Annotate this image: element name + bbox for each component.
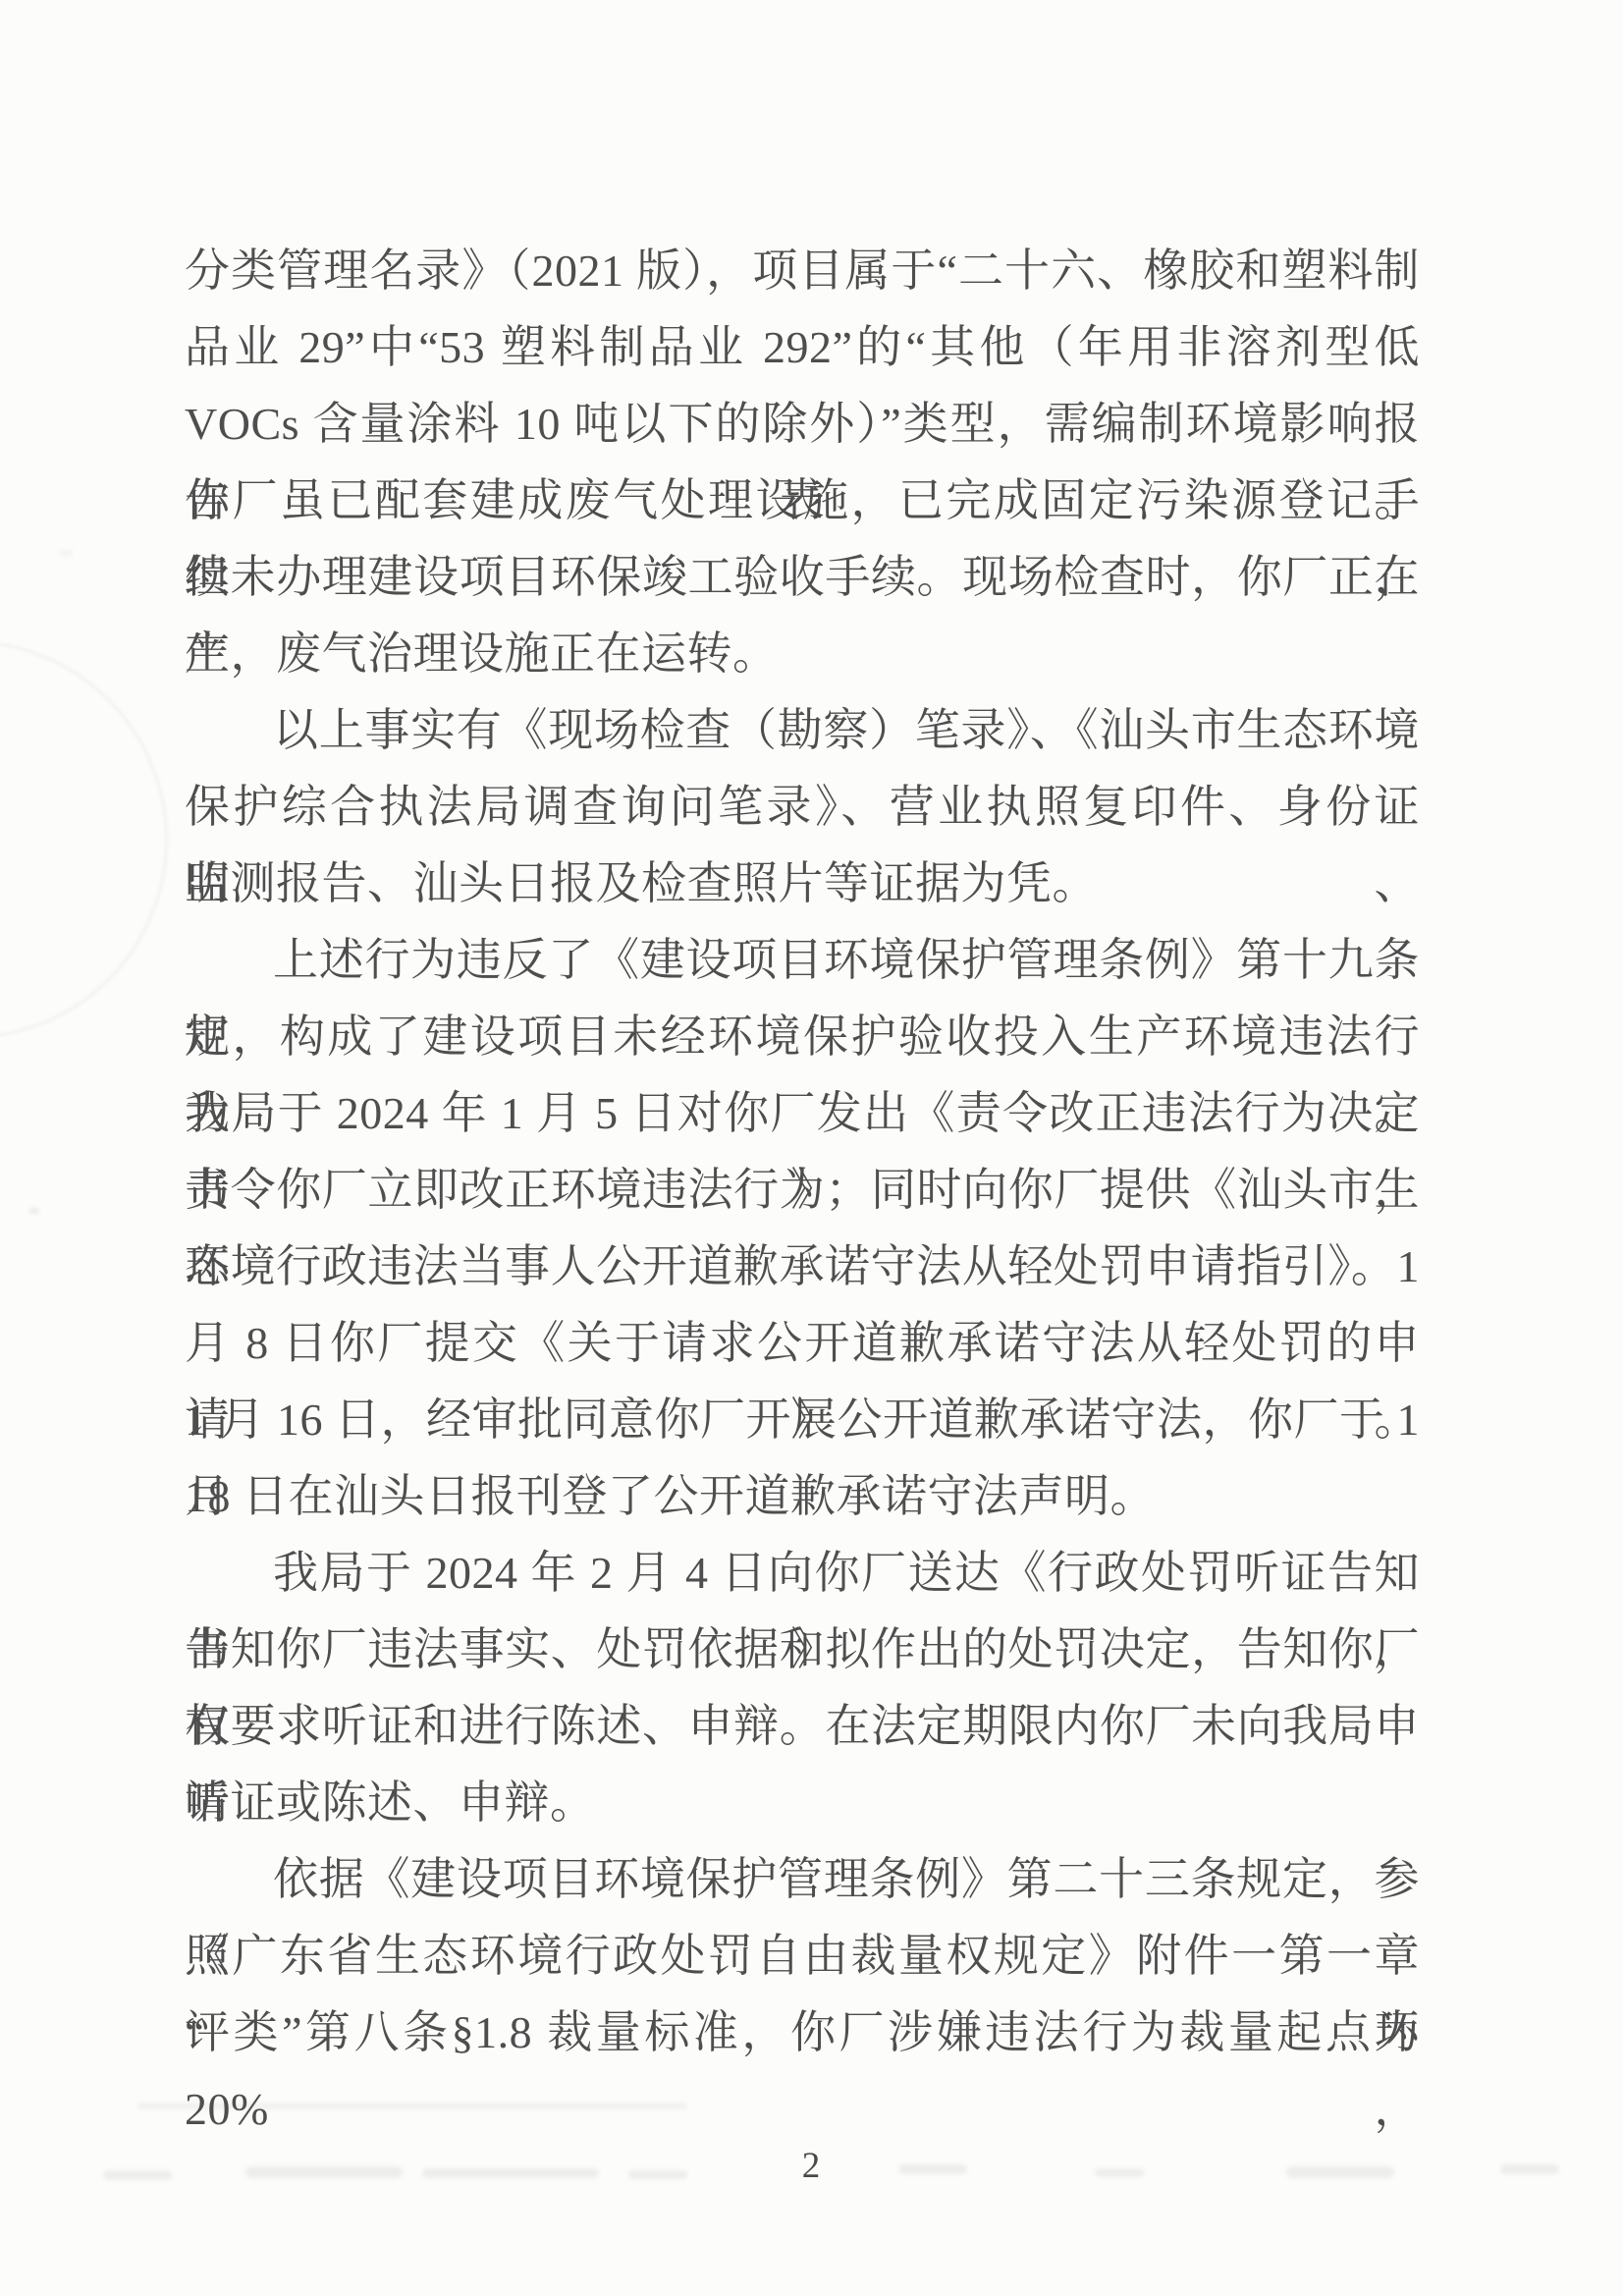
text-line: 你厂虽已配套建成废气处理设施，已完成固定污染源登记手续， <box>185 463 1420 539</box>
scan-smudge <box>1286 2166 1394 2178</box>
scan-smudge <box>1095 2168 1144 2177</box>
text-line: 我局于 2024 年 2 月 4 日向你厂送达《行政处罚听证告知书》， <box>185 1535 1420 1612</box>
scan-smudge <box>628 2170 687 2179</box>
text-line: 听证或陈述、申辩。 <box>185 1765 1420 1841</box>
stamp-bleed-artifact <box>0 640 168 1039</box>
text-line: 权要求听证和进行陈述、申辩。在法定期限内你厂未向我局申请 <box>185 1688 1420 1765</box>
text-line: 但未办理建设项目环保竣工验收手续。现场检查时，你厂正在生 <box>185 539 1420 616</box>
scan-smudge <box>898 2164 967 2174</box>
text-line: 1 月 16 日，经审批同意你厂开展公开道歉承诺守法，你厂于 1 月 <box>185 1382 1420 1458</box>
scan-speck <box>29 1208 39 1214</box>
text-line: 月 8 日你厂提交《关于请求公开道歉承诺守法从轻处罚的申请》。 <box>185 1305 1420 1382</box>
text-line: 定，构成了建设项目未经环境保护验收投入生产环境违法行为。 <box>185 999 1420 1075</box>
scanned-document-page: 分类管理名录》（2021 版），项目属于“二十六、橡胶和塑料制 品业 29”中“… <box>0 0 1623 2296</box>
scan-smudge <box>422 2168 599 2178</box>
text-line: 告知你厂违法事实、处罚依据和拟作出的处罚决定，告知你厂有 <box>185 1612 1420 1688</box>
scan-smudge <box>137 2103 687 2109</box>
text-line: 责令你厂立即改正环境违法行为；同时向你厂提供《汕头市生态 <box>185 1152 1420 1229</box>
text-line: 分类管理名录》（2021 版），项目属于“二十六、橡胶和塑料制 <box>185 233 1420 309</box>
text-line: 《广东省生态环境行政处罚自由裁量权规定》附件一第一章“环 <box>185 1918 1420 1995</box>
text-line: 以上事实有《现场检查（勘察）笔录》、《汕头市生态环境 <box>185 692 1420 769</box>
scan-smudge <box>245 2166 403 2178</box>
text-line: 保护综合执法局调查询问笔录》、营业执照复印件、身份证明、 <box>185 769 1420 846</box>
text-line: 环境行政违法当事人公开道歉承诺守法从轻处罚申请指引》。1 <box>185 1229 1420 1305</box>
text-line: VOCs 含量涂料 10 吨以下的除外）”类型，需编制环境影响报告表。 <box>185 386 1420 463</box>
text-line: 评类”第八条§1.8 裁量标准，你厂涉嫌违法行为裁量起点为 20%， <box>185 1995 1420 2071</box>
scan-smudge <box>1500 2164 1559 2174</box>
text-line: 上述行为违反了《建设项目环境保护管理条例》第十九条规 <box>185 922 1420 999</box>
page-number: 2 <box>802 2145 821 2187</box>
text-line: 依据《建设项目环境保护管理条例》第二十三条规定，参照 <box>185 1841 1420 1918</box>
text-line: 18 日在汕头日报刊登了公开道歉承诺守法声明。 <box>185 1458 1420 1535</box>
text-line: 产，废气治理设施正在运转。 <box>185 616 1420 692</box>
text-line: 品业 29”中“53 塑料制品业 292”的“其他（年用非溶剂型低 <box>185 309 1420 386</box>
scan-smudge <box>103 2170 172 2180</box>
text-line: 我局于 2024 年 1 月 5 日对你厂发出《责令改正违法行为决定书》， <box>185 1075 1420 1152</box>
scan-speck <box>59 550 73 556</box>
document-body: 分类管理名录》（2021 版），项目属于“二十六、橡胶和塑料制 品业 29”中“… <box>185 233 1420 2071</box>
